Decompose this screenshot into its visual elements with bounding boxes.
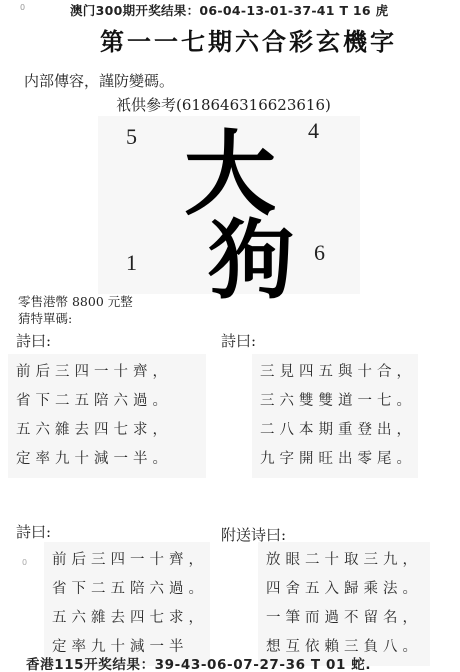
poem-line: 九字開旺出零尾。 bbox=[260, 445, 410, 474]
poem-3-box: 前后三四一十齊， 省下二五陪六過。 五六雜去四七求， 定率九十減一半 bbox=[44, 542, 210, 666]
prize-text: 零售港幣 8800 元整 bbox=[18, 292, 133, 310]
poem-3-heading: 詩曰: bbox=[16, 521, 51, 542]
reference-text: 衹供參考(618646316623616) bbox=[116, 94, 331, 115]
poem-line: 二八本期重登出， bbox=[260, 416, 410, 445]
poem-line: 定率九十減一半。 bbox=[16, 445, 198, 474]
poem-line: 放眼二十取三九， bbox=[266, 546, 422, 575]
riddle-char-dog: 狗 bbox=[208, 218, 294, 304]
poem-1-heading: 詩曰: bbox=[16, 330, 51, 351]
poem-line: 四舍五入歸乘法。 bbox=[266, 575, 422, 604]
notice-text: 内部傳容，謹防變碼。 bbox=[24, 70, 174, 91]
marker: 0 bbox=[20, 3, 25, 12]
poem-line: 五六雜去四七求， bbox=[52, 604, 202, 633]
macau-result-bar: 0 澳门300期开奖结果：06-04-13-01-37-41 T 16 虎 bbox=[0, 0, 460, 20]
poem-line: 省下二五陪六過。 bbox=[16, 387, 198, 416]
page-title: 第一一七期六合彩玄機字 bbox=[100, 22, 397, 57]
riddle-number-top-right: 4 bbox=[308, 118, 319, 144]
riddle-number-bottom-right: 6 bbox=[314, 240, 325, 266]
marker: 0 bbox=[22, 558, 27, 567]
poem-4-box: 放眼二十取三九， 四舍五入歸乘法。 一筆而過不留名， 想互依賴三負八。 bbox=[258, 542, 430, 666]
poem-line: 前后三四一十齊， bbox=[16, 358, 198, 387]
poem-line: 前后三四一十齊， bbox=[52, 546, 202, 575]
poem-2-heading: 詩曰: bbox=[221, 330, 256, 351]
poem-line: 三六雙雙道一七。 bbox=[260, 387, 410, 416]
poem-line: 五六雜去四七求， bbox=[16, 416, 198, 445]
riddle-number-bottom-left: 1 bbox=[126, 250, 137, 276]
riddle-number-top-left: 5 bbox=[126, 124, 137, 150]
poem-line: 三見四五與十合， bbox=[260, 358, 410, 387]
macau-result-text: 澳门300期开奖结果：06-04-13-01-37-41 T 16 虎 bbox=[70, 1, 388, 19]
hk-result-text: 香港115开奖结果：39-43-06-07-27-36 T 01 蛇. bbox=[26, 653, 371, 672]
poem-2-box: 三見四五與十合， 三六雙雙道一七。 二八本期重登出， 九字開旺出零尾。 bbox=[252, 354, 418, 478]
guess-label: 猜特單碼: bbox=[18, 309, 72, 327]
poem-line: 省下二五陪六過。 bbox=[52, 575, 202, 604]
poem-1-box: 前后三四一十齊， 省下二五陪六過。 五六雜去四七求， 定率九十減一半。 bbox=[8, 354, 206, 478]
hk-result-bar: 香港115开奖结果：39-43-06-07-27-36 T 01 蛇. bbox=[0, 652, 460, 672]
riddle-char-big: 大 bbox=[184, 128, 276, 220]
poem-line: 一筆而過不留名， bbox=[266, 604, 422, 633]
